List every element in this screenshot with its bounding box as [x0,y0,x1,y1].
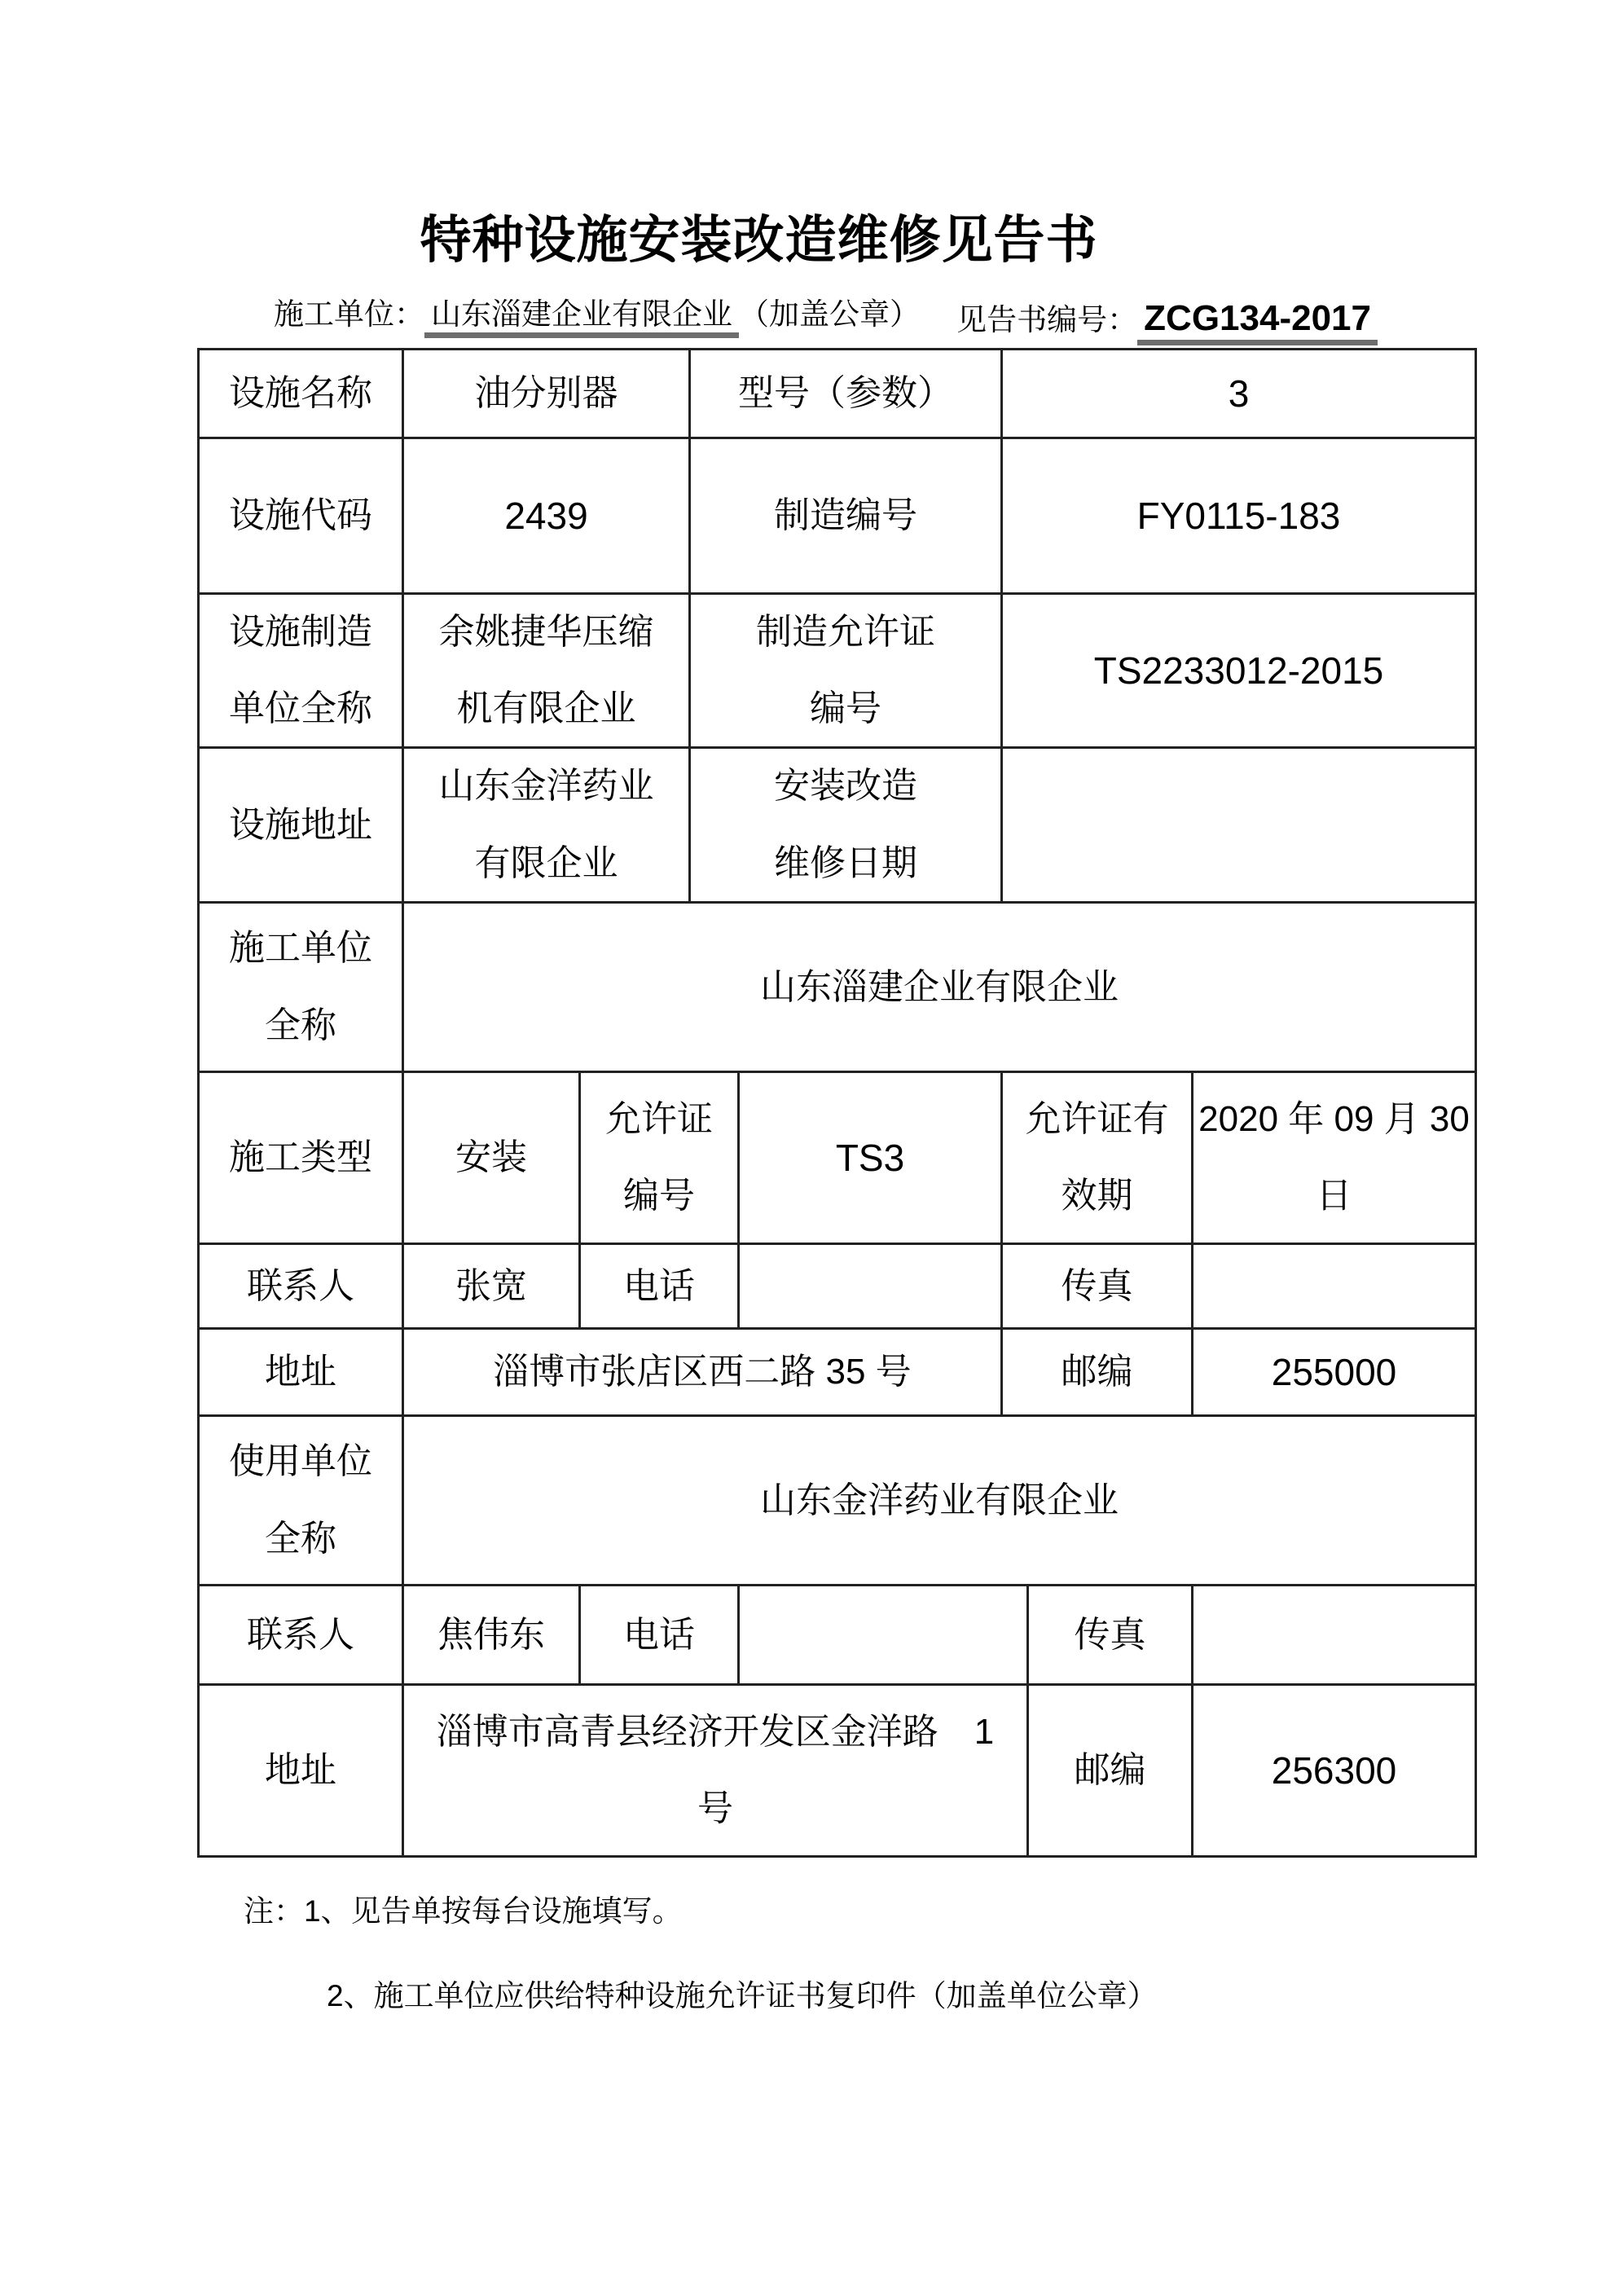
construction-unit-inline-label: 施工单位： [274,297,424,331]
user-unit-value: 山东金洋药业有限企业 [404,1417,1477,1586]
document-page: 特种设施安装改造维修见告书 施工单位：山东淄建企业有限企业（加盖公章） 见告书编… [0,0,1622,2296]
construction-address-value: 淄博市张店区西二路 35 号 [404,1330,1003,1417]
report-number-label: 见告书编号： [956,303,1137,336]
table-row: 联系人 焦伟东 电话 传真 [200,1586,1477,1686]
construction-zip-value: 255000 [1193,1330,1477,1417]
subtitle-row: 施工单位：山东淄建企业有限企业（加盖公章） 见告书编号：ZCG134-2017 [197,295,1477,341]
user-phone-value [740,1586,1029,1686]
user-fax-label: 传真 [1029,1586,1193,1686]
user-phone-label: 电话 [581,1586,740,1686]
install-date-value [1003,749,1477,904]
construction-address-label: 地址 [200,1330,404,1417]
note-2: 2、施工单位应供给特种设施允许证书复印件（加盖单位公章） [327,1977,1622,2016]
seal-note: （加盖公章） [739,297,920,331]
construction-contact-value: 张宽 [404,1245,581,1330]
construction-unit-value: 山东淄建企业有限企业 [404,904,1477,1073]
table-row: 施工类型 安装 允许证 编号 TS3 允许证有 效期 2020 年 09 月 3… [200,1073,1477,1245]
construction-unit-inline-value: 山东淄建企业有限企业 [424,297,739,338]
manufacture-license-label: 制造允许证 编号 [691,595,1003,749]
table-row: 地址 淄博市高青县经济开发区金洋路 1 号 邮编 256300 [200,1686,1477,1858]
construction-fax-label: 传真 [1003,1245,1193,1330]
table-row: 设施代码 2439 制造编号 FY0115-183 [200,439,1477,595]
table-row: 设施名称 油分别器 型号（参数） 3 [200,350,1477,439]
model-param-value: 3 [1003,350,1477,439]
construction-unit-line: 施工单位：山东淄建企业有限企业（加盖公章） [274,295,920,341]
report-number-line: 见告书编号：ZCG134-2017 [956,295,1378,341]
user-zip-value: 256300 [1193,1686,1477,1858]
facility-code-value: 2439 [404,439,691,595]
construction-type-value: 安装 [404,1073,581,1245]
construction-fax-value [1193,1245,1477,1330]
note-1: 注：1、见告单按每台设施填写。 [244,1892,1622,1931]
construction-type-label: 施工类型 [200,1073,404,1245]
user-address-value: 淄博市高青县经济开发区金洋路 1 号 [404,1686,1029,1858]
report-number-value: ZCG134-2017 [1137,298,1378,345]
report-table: 设施名称 油分别器 型号（参数） 3 设施代码 2439 制造编号 FY0115… [197,348,1477,1858]
model-param-label: 型号（参数） [691,350,1003,439]
facility-name-value: 油分别器 [404,350,691,439]
facility-address-label: 设施地址 [200,749,404,904]
manufacturer-name-value: 余姚捷华压缩 机有限企业 [404,595,691,749]
user-unit-label: 使用单位 全称 [200,1417,404,1586]
table-row: 联系人 张宽 电话 传真 [200,1245,1477,1330]
user-contact-value: 焦伟东 [404,1586,581,1686]
user-zip-label: 邮编 [1029,1686,1193,1858]
table-row: 设施地址 山东金洋药业 有限企业 安装改造 维修日期 [200,749,1477,904]
manufacture-number-value: FY0115-183 [1003,439,1477,595]
license-validity-value: 2020 年 09 月 30 日 [1193,1073,1477,1245]
construction-phone-label: 电话 [581,1245,740,1330]
install-date-label: 安装改造 维修日期 [691,749,1003,904]
facility-name-label: 设施名称 [200,350,404,439]
construction-contact-label: 联系人 [200,1245,404,1330]
construction-phone-value [740,1245,1003,1330]
table-row: 使用单位 全称 山东金洋药业有限企业 [200,1417,1477,1586]
user-address-label: 地址 [200,1686,404,1858]
facility-address-value: 山东金洋药业 有限企业 [404,749,691,904]
manufacture-number-label: 制造编号 [691,439,1003,595]
table-row: 设施制造 单位全称 余姚捷华压缩 机有限企业 制造允许证 编号 TS223301… [200,595,1477,749]
user-contact-label: 联系人 [200,1586,404,1686]
table-row: 施工单位 全称 山东淄建企业有限企业 [200,904,1477,1073]
page-title: 特种设施安装改造维修见告书 [197,213,1477,267]
manufacture-license-value: TS2233012-2015 [1003,595,1477,749]
license-number-value: TS3 [740,1073,1003,1245]
construction-unit-label: 施工单位 全称 [200,904,404,1073]
manufacturer-name-label: 设施制造 单位全称 [200,595,404,749]
license-number-label: 允许证 编号 [581,1073,740,1245]
user-fax-value [1193,1586,1477,1686]
construction-zip-label: 邮编 [1003,1330,1193,1417]
facility-code-label: 设施代码 [200,439,404,595]
table-row: 地址 淄博市张店区西二路 35 号 邮编 255000 [200,1330,1477,1417]
license-validity-label: 允许证有 效期 [1003,1073,1193,1245]
